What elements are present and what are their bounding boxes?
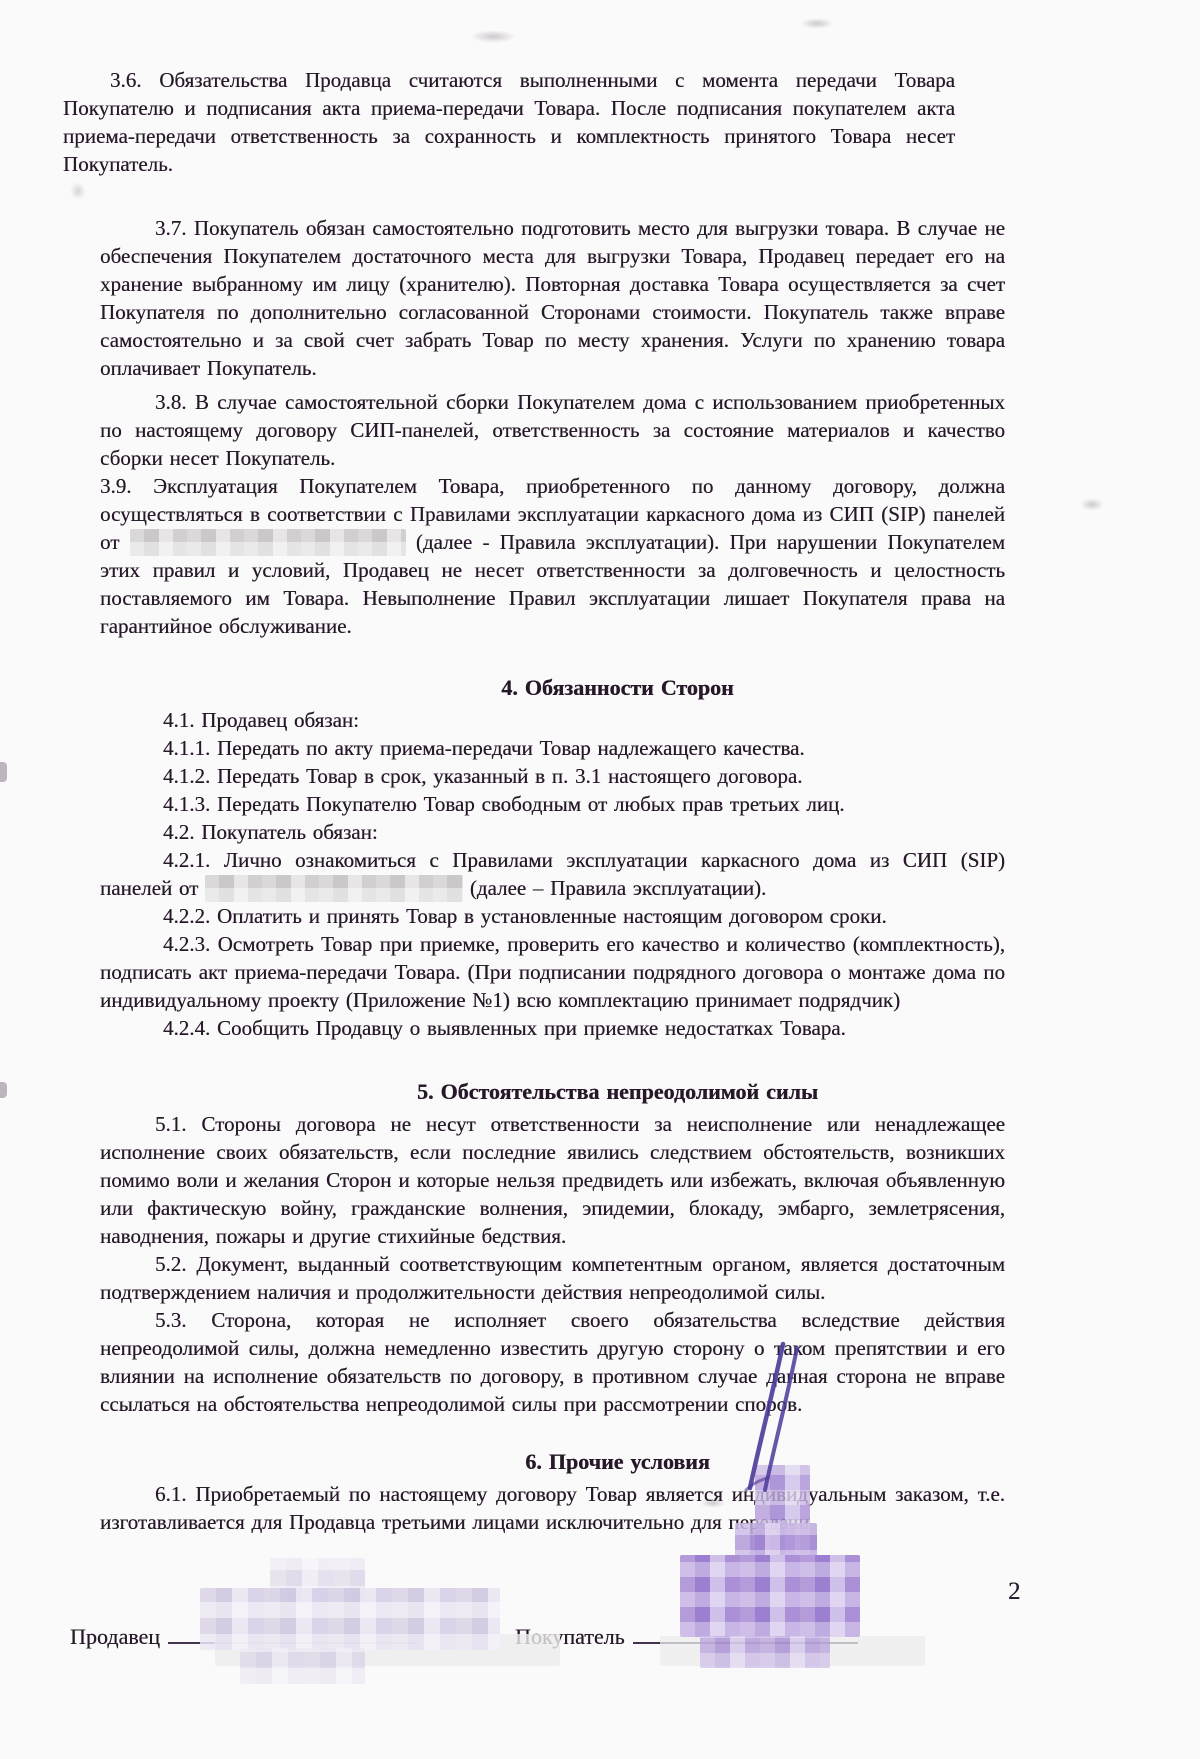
seller-signature-redaction-bottom: [240, 1648, 365, 1684]
clause-3-9: 3.9. Эксплуатация Покупателем Товара, пр…: [100, 472, 1005, 640]
scan-smudge: [470, 30, 516, 43]
seller-label: Продавец: [70, 1624, 160, 1649]
clause-3-7: 3.7. Покупатель обязан самостоятельно по…: [100, 214, 1005, 382]
clause-4-2-4: 4.2.4. Сообщить Продавцу о выявленных пр…: [100, 1014, 1005, 1042]
clause-4-2-3: 4.2.3. Осмотреть Товар при приемке, пров…: [100, 930, 1005, 1014]
clause-5-1: 5.1. Стороны договора не несут ответстве…: [100, 1110, 1005, 1250]
scan-smudge: [700, 1498, 726, 1508]
scan-smudge: [70, 182, 86, 200]
clause-4-2-1-text-after: (далее – Правила эксплуатации).: [470, 876, 766, 900]
clause-4-1-3: 4.1.3. Передать Покупателю Товар свободн…: [100, 790, 1005, 818]
scanned-contract-page: 3.6. Обязательства Продавца считаются вы…: [0, 0, 1200, 1759]
clause-5-3: 5.3. Сторона, которая не исполняет своег…: [100, 1306, 1005, 1418]
section-4-heading: 4. Обязанности Сторон: [230, 674, 1005, 702]
buyer-signature-redaction-main: [680, 1555, 860, 1637]
buyer-signature-redaction-bottom: [700, 1636, 830, 1668]
scan-smudge: [1080, 498, 1104, 511]
redacted-company-name-3-9: [130, 529, 406, 556]
pen-signature-stroke: [720, 1338, 830, 1498]
clause-4-1: 4.1. Продавец обязан:: [100, 706, 1005, 734]
clause-5-2: 5.2. Документ, выданный соответствующим …: [100, 1250, 1005, 1306]
clause-4-1-2: 4.1.2. Передать Товар в срок, указанный …: [100, 762, 1005, 790]
page-number: 2: [1008, 1578, 1021, 1606]
contract-body: 3.6. Обязательства Продавца считаются вы…: [100, 0, 1005, 1536]
scan-edge-artifact: [0, 762, 7, 782]
clause-3-8: 3.8. В случае самостоятельной сборки Пок…: [100, 388, 1005, 472]
clause-6-1: 6.1. Приобретаемый по настоящему договор…: [100, 1480, 1005, 1536]
scan-edge-artifact: [0, 1082, 7, 1098]
clause-4-2-2: 4.2.2. Оплатить и принять Товар в устано…: [100, 902, 1005, 930]
clause-4-2-1: 4.2.1. Лично ознакомиться с Правилами эк…: [100, 846, 1005, 902]
clause-4-1-1: 4.1.1. Передать по акту приема-передачи …: [100, 734, 1005, 762]
seller-signature-redaction-main: [200, 1588, 500, 1650]
redacted-company-name-4-2-1: [205, 875, 463, 902]
section-5-heading: 5. Обстоятельства непреодолимой силы: [230, 1078, 1005, 1106]
clause-3-6: 3.6. Обязательства Продавца считаются вы…: [63, 66, 955, 178]
clause-4-2: 4.2. Покупатель обязан:: [100, 818, 1005, 846]
section-6-heading: 6. Прочие условия: [230, 1448, 1005, 1476]
scan-smudge: [800, 18, 834, 29]
